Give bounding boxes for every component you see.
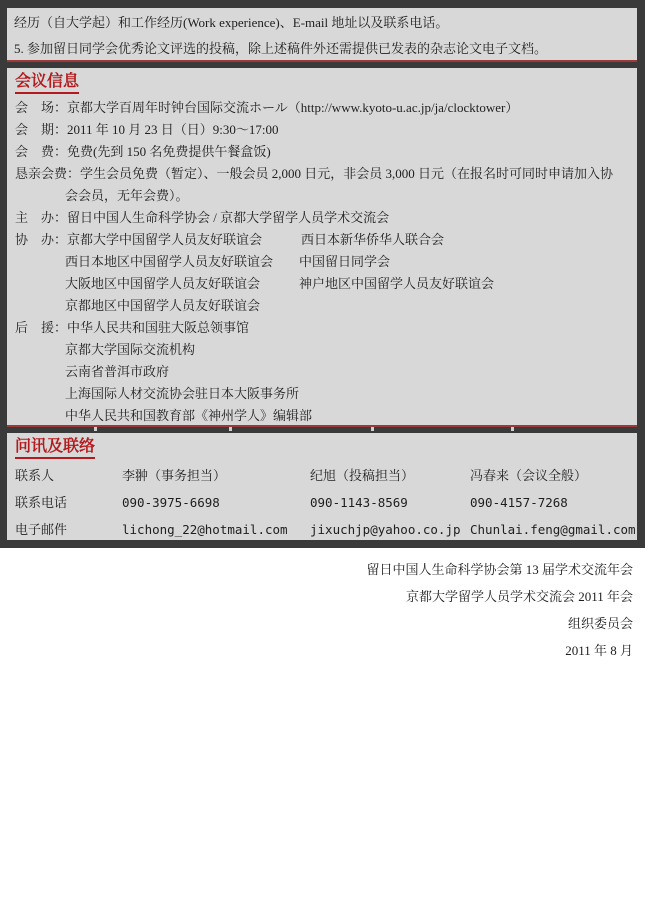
table-border-notch: [511, 427, 514, 431]
co-organizer-line: 协 办：京都大学中国留学人员友好联谊会 西日本新华侨华人联合会: [15, 229, 631, 251]
contact-person-3: 冯春来（会议全般）: [470, 462, 631, 489]
table-border-notch: [229, 427, 232, 431]
conference-date-line: 会 期：2011 年 10 月 23 日（日）9:30～17:00: [15, 119, 631, 141]
conference-info-heading: 会议信息: [15, 72, 79, 94]
conference-info-box: 会议信息 会 场：京都大学百周年时钟台国际交流ホール（http://www.ky…: [7, 68, 637, 425]
contact-person-1: 李翀（事务担当）: [122, 462, 310, 489]
contact-phone-row: 联系电话 090-3975-6698 090-1143-8569 090-415…: [15, 489, 631, 516]
contact-email-row: 电子邮件 lichong_22@hotmail.com jixuchjp@yah…: [15, 516, 631, 540]
co-organizer-line: 大阪地区中国留学人员友好联谊会 神户地区中国留学人员友好联谊会: [15, 273, 631, 295]
table-border-notch: [94, 427, 97, 431]
contact-person-label: 联系人: [15, 462, 122, 489]
intro-line: 经历（自大学起）和工作经历(Work experience)、E-mail 地址…: [14, 10, 631, 36]
contact-phone-1: 090-3975-6698: [122, 489, 310, 516]
contact-phone-3: 090-4157-7268: [470, 489, 631, 516]
co-organizer-line: 西日本地区中国留学人员友好联谊会 中国留日同学会: [15, 251, 631, 273]
signature-line-date: 2011 年 8 月: [366, 637, 633, 664]
supporter-line: 中华人民共和国教育部《神州学人》编辑部: [15, 405, 631, 425]
section-separator: [7, 425, 637, 433]
contact-heading: 问讯及联络: [15, 437, 95, 459]
signature-line-association: 留日中国人生命科学协会第 13 届学术交流年会: [366, 556, 633, 583]
table-border-notch: [371, 427, 374, 431]
supporter-line: 京都大学国际交流机构: [15, 339, 631, 361]
supporter-line: 上海国际人材交流协会驻日本大阪事务所: [15, 383, 631, 405]
intro-line: 5. 参加留日同学会优秀论文评选的投稿，除上述稿件外还需提供已发表的杂志论文电子…: [14, 36, 631, 60]
host-line: 主 办：留日中国人生命科学协会 / 京都大学留学人员学术交流会: [15, 207, 631, 229]
contact-phone-label: 联系电话: [15, 489, 122, 516]
intro-box: 经历（自大学起）和工作经历(Work experience)、E-mail 地址…: [7, 8, 637, 60]
contact-email-3: Chunlai.feng@gmail.com: [470, 516, 636, 540]
signature-line-kyoto-meeting: 京都大学留学人员学术交流会 2011 年会: [366, 583, 633, 610]
contact-email-2: jixuchjp@yahoo.co.jp: [310, 516, 470, 540]
signature-block: 留日中国人生命科学协会第 13 届学术交流年会 京都大学留学人员学术交流会 20…: [366, 556, 633, 664]
contact-person-2: 纪旭（投稿担当）: [310, 462, 470, 489]
contact-phone-2: 090-1143-8569: [310, 489, 470, 516]
banquet-fee-line: 恳亲会费：学生会员免费（暂定）、一般会员 2,000 日元，非会员 3,000 …: [15, 163, 631, 185]
supporter-line: 后 援：中华人民共和国驻大阪总领事馆: [15, 317, 631, 339]
contact-box: 问讯及联络 联系人 李翀（事务担当） 纪旭（投稿担当） 冯春来（会议全般） 联系…: [7, 433, 637, 540]
contact-person-row: 联系人 李翀（事务担当） 纪旭（投稿担当） 冯春来（会议全般）: [15, 462, 631, 489]
contact-email-label: 电子邮件: [15, 516, 122, 540]
contact-email-1: lichong_22@hotmail.com: [122, 516, 310, 540]
document-frame: 经历（自大学起）和工作经历(Work experience)、E-mail 地址…: [0, 0, 645, 548]
conference-fee-line: 会 费：免费(先到 150 名免费提供午餐盒饭): [15, 141, 631, 163]
signature-line-committee: 组织委员会: [366, 610, 633, 637]
banquet-fee-line-continued: 会会员，无年会费）。: [15, 185, 631, 207]
supporter-line: 云南省普洱市政府: [15, 361, 631, 383]
section-separator: [7, 60, 637, 68]
co-organizer-line: 京都地区中国留学人员友好联谊会: [15, 295, 631, 317]
conference-venue-line: 会 场：京都大学百周年时钟台国际交流ホール（http://www.kyoto-u…: [15, 97, 631, 119]
